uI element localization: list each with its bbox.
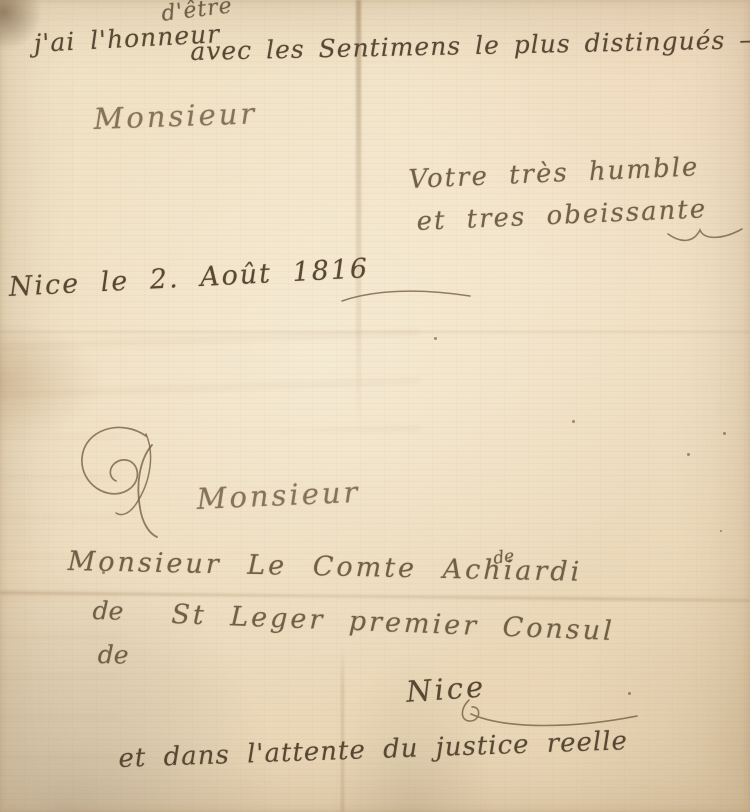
ink-showthrough-left <box>0 430 120 760</box>
address-intro: Monsieur <box>196 475 361 516</box>
long-s-stroke <box>128 440 162 540</box>
ink-speck <box>628 692 631 695</box>
address-city: Nice <box>405 669 487 709</box>
fold-crease-horizontal-upper <box>0 331 750 333</box>
footer-line: et dans l'attente du justice reelle <box>118 726 628 774</box>
ink-showthrough-middle <box>0 322 420 432</box>
valediction-line-1: Votre très humble <box>408 152 700 195</box>
valediction-line-2: et tres obeissante <box>416 194 708 237</box>
ink-speck <box>723 432 726 435</box>
dateline-swash <box>340 286 472 306</box>
ink-speck <box>572 420 575 423</box>
address-line-1-superscript: de <box>492 546 516 569</box>
ink-speck <box>687 453 690 456</box>
ink-speck <box>720 530 722 532</box>
paraph-flourish <box>72 424 168 520</box>
address-line-2-prefix: de <box>92 596 124 626</box>
fold-crease-vertical-top <box>356 0 361 430</box>
salutation: Monsieur <box>93 96 258 136</box>
dateline: Nice le 2. Août 1816 <box>8 253 370 303</box>
address-line-3-prefix: de <box>97 640 128 670</box>
letter-page: d'être j'ai l'honneur avec les Sentimens… <box>0 0 750 812</box>
fold-crease-vertical-bottom <box>341 646 344 812</box>
address-line-2: St Leger premier Consul <box>171 599 616 647</box>
opening-line-rest: avec les Sentimens le plus distingués — <box>190 25 750 66</box>
ink-speck <box>434 337 437 340</box>
